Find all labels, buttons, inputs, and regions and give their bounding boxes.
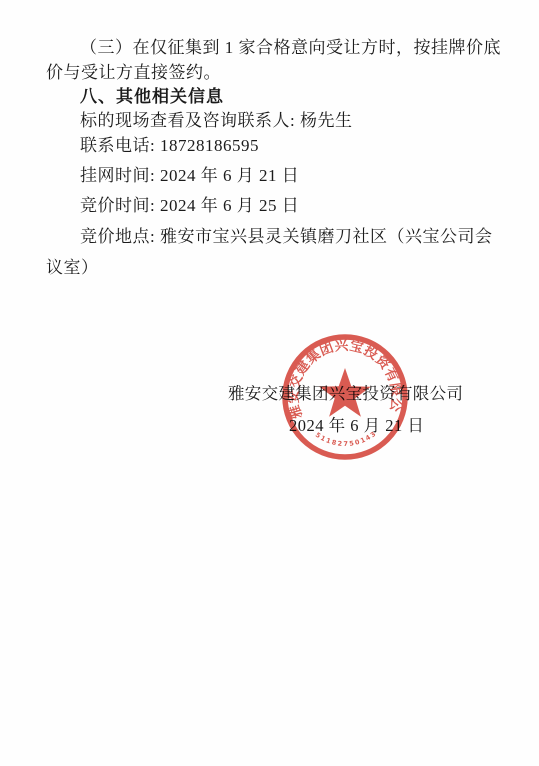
document-page: （三）在仅征集到 1 家合格意向受让方时，按挂牌价底 价与受让方直接签约。 八、… xyxy=(0,0,539,766)
section-heading: 八、其他相关信息 xyxy=(80,82,224,107)
info-line-bidding-place-wrap: 议室） xyxy=(46,253,99,278)
company-seal: 雅安交建集团兴宝投资有限公司 5118275014388 xyxy=(280,332,410,462)
star-icon xyxy=(319,368,370,417)
info-line-bidding-place: 竞价地点: 雅安市宝兴县灵关镇磨刀社区（兴宝公司会 xyxy=(80,222,492,247)
info-line-phone: 联系电话: 18728186595 xyxy=(80,131,259,156)
info-line-bidding-date: 竞价时间: 2024 年 6 月 25 日 xyxy=(80,191,299,216)
company-seal-graphic: 雅安交建集团兴宝投资有限公司 5118275014388 xyxy=(280,332,410,462)
info-line-listing-date: 挂网时间: 2024 年 6 月 21 日 xyxy=(80,161,299,186)
paragraph-line-2: 价与受让方直接签约。 xyxy=(46,58,221,83)
paragraph-line-1: （三）在仅征集到 1 家合格意向受让方时，按挂牌价底 xyxy=(80,33,501,58)
info-line-contact: 标的现场查看及咨询联系人: 杨先生 xyxy=(80,106,352,131)
